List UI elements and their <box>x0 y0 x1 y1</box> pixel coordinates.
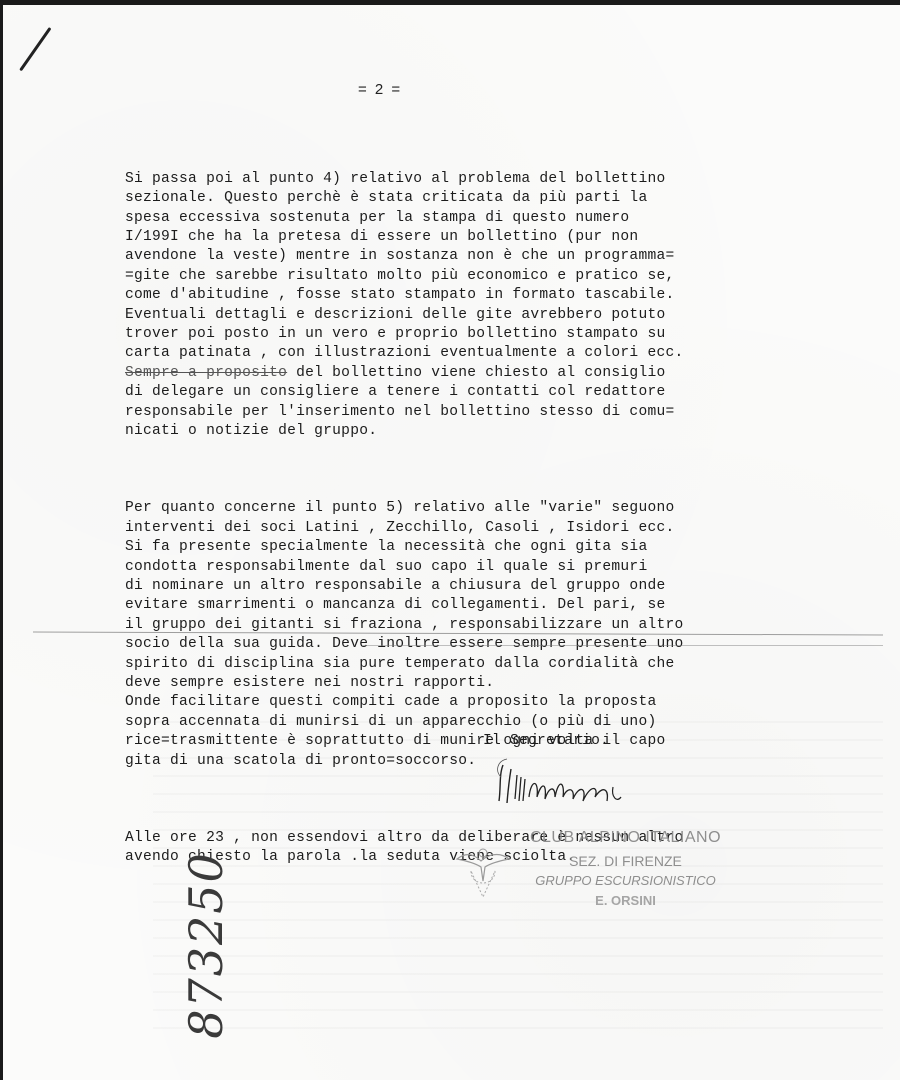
text-line: nicati o notizie del gruppo. <box>125 422 885 441</box>
text-line: Sempre a proposito del bollettino viene … <box>125 364 885 383</box>
text-line: Si fa presente specialmente la necessità… <box>125 538 885 557</box>
club-stamp: CLUB ALPINO ITALIANO SEZ. DI FIRENZE GRU… <box>453 827 743 917</box>
text-line: condotta responsabilmente dal suo capo i… <box>125 558 885 577</box>
page-number: = 2 = <box>358 81 402 98</box>
text-line: Eventuali dettagli e descrizioni delle g… <box>125 306 885 325</box>
text-line: deve sempre esistere nei nostri rapporti… <box>125 674 885 693</box>
horizontal-rule-faint <box>363 645 883 646</box>
text-line: di nominare un altro responsabile a chiu… <box>125 577 885 596</box>
text-line: avendone la veste) mentre in sostanza no… <box>125 247 885 266</box>
signoff-title: Il Segretario. <box>483 733 609 749</box>
text-line: spirito di disciplina sia pure temperato… <box>125 655 885 674</box>
text-line: evitare smarrimenti o mancanza di colleg… <box>125 596 885 615</box>
text-line: trover poi posto in un vero e proprio bo… <box>125 325 885 344</box>
pen-slash-mark <box>19 27 51 71</box>
eagle-emblem-icon <box>453 841 513 901</box>
text-line: Si passa poi al punto 4) relativo al pro… <box>125 170 885 189</box>
document-page: = 2 = Si passa poi al punto 4) relativo … <box>3 5 900 1080</box>
text-line: sezionale. Questo perchè è stata critica… <box>125 189 885 208</box>
text-line: =gite che sarebbe risultato molto più ec… <box>125 267 885 286</box>
text-line: come d'abitudine , fosse stato stampato … <box>125 286 885 305</box>
paragraph-bulletin: Si passa poi al punto 4) relativo al pro… <box>125 170 885 442</box>
text-line: I/199I che ha la pretesa di essere un bo… <box>125 228 885 247</box>
signature <box>495 757 635 807</box>
text-line: di delegare un consigliere a tenere i co… <box>125 383 885 402</box>
text-line: carta patinata , con illustrazioni event… <box>125 344 885 363</box>
text-line: spesa eccessiva sostenuta per la stampa … <box>125 209 885 228</box>
text-line: interventi dei soci Latini , Zecchillo, … <box>125 519 885 538</box>
text-line: Per quanto concerne il punto 5) relativo… <box>125 499 885 518</box>
handwritten-archive-number: 873250 <box>151 840 261 1050</box>
stamp-group-name: E. ORSINI <box>508 893 743 908</box>
text-line: responsabile per l'inserimento nel bolle… <box>125 403 885 422</box>
stamp-section: SEZ. DI FIRENZE <box>508 853 743 869</box>
stamp-group: GRUPPO ESCURSIONISTICO <box>508 873 743 888</box>
stamp-club-name: CLUB ALPINO ITALIANO <box>508 829 743 847</box>
